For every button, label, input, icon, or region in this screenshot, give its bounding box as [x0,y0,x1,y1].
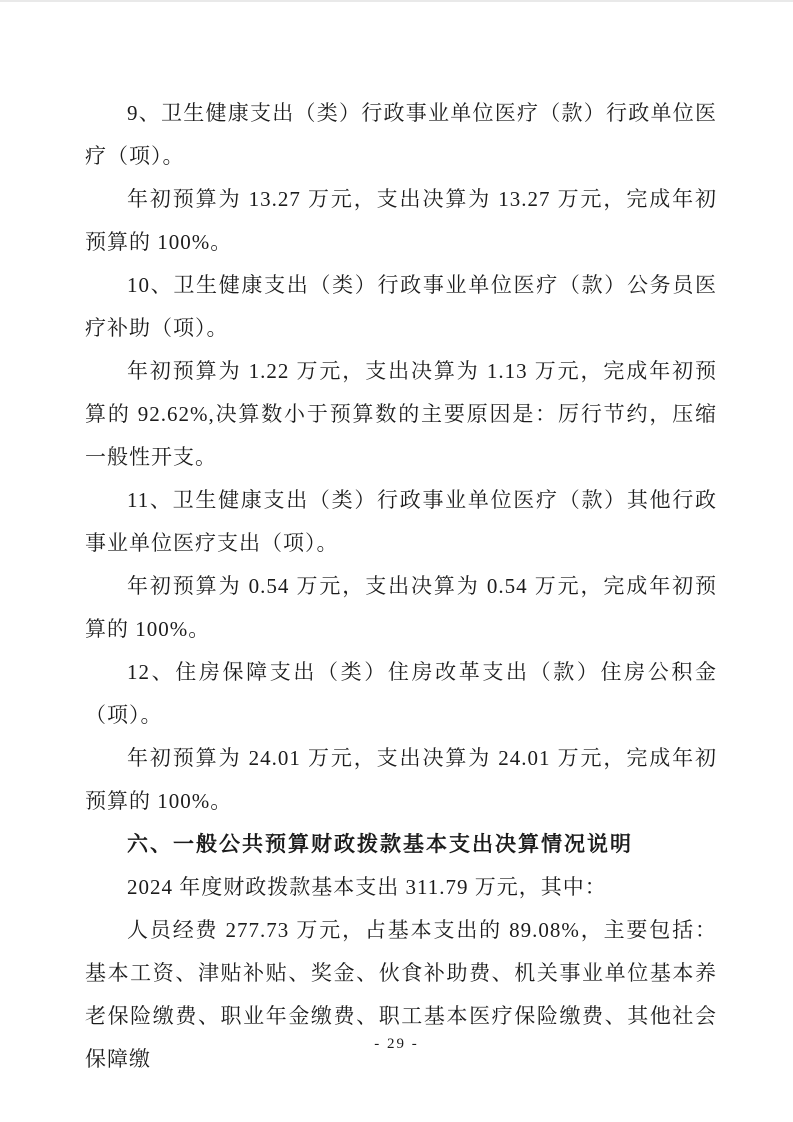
paragraph-section-6-personnel: 人员经费 277.73 万元，占基本支出的 89.08%，主要包括：基本工资、津… [85,909,717,1081]
paragraph-expense-item-10-title: 10、卫生健康支出（类）行政事业单位医疗（款）公务员医疗补助（项）。 [85,264,717,350]
paragraph-expense-item-11-title: 11、卫生健康支出（类）行政事业单位医疗（款）其他行政事业单位医疗支出（项）。 [85,479,717,565]
paragraph-expense-item-9-title: 9、卫生健康支出（类）行政事业单位医疗（款）行政单位医疗（项）。 [85,92,717,178]
paragraph-section-6-total: 2024 年度财政拨款基本支出 311.79 万元，其中： [85,866,717,909]
paragraph-expense-item-9-detail: 年初预算为 13.27 万元，支出决算为 13.27 万元，完成年初预算的 10… [85,178,717,264]
paragraph-expense-item-12-detail: 年初预算为 24.01 万元，支出决算为 24.01 万元，完成年初预算的 10… [85,737,717,823]
paragraph-expense-item-11-detail: 年初预算为 0.54 万元，支出决算为 0.54 万元，完成年初预算的 100%… [85,565,717,651]
section-6-heading: 六、一般公共预算财政拨款基本支出决算情况说明 [85,823,717,866]
document-body: 9、卫生健康支出（类）行政事业单位医疗（款）行政单位医疗（项）。 年初预算为 1… [85,92,717,1081]
page-top-edge-divider [0,0,793,2]
paragraph-expense-item-10-detail: 年初预算为 1.22 万元，支出决算为 1.13 万元，完成年初预算的 92.6… [85,350,717,479]
page-number: - 29 - [0,1036,793,1053]
document-page: 9、卫生健康支出（类）行政事业单位医疗（款）行政单位医疗（项）。 年初预算为 1… [0,0,793,1122]
paragraph-expense-item-12-title: 12、住房保障支出（类）住房改革支出（款）住房公积金（项）。 [85,651,717,737]
